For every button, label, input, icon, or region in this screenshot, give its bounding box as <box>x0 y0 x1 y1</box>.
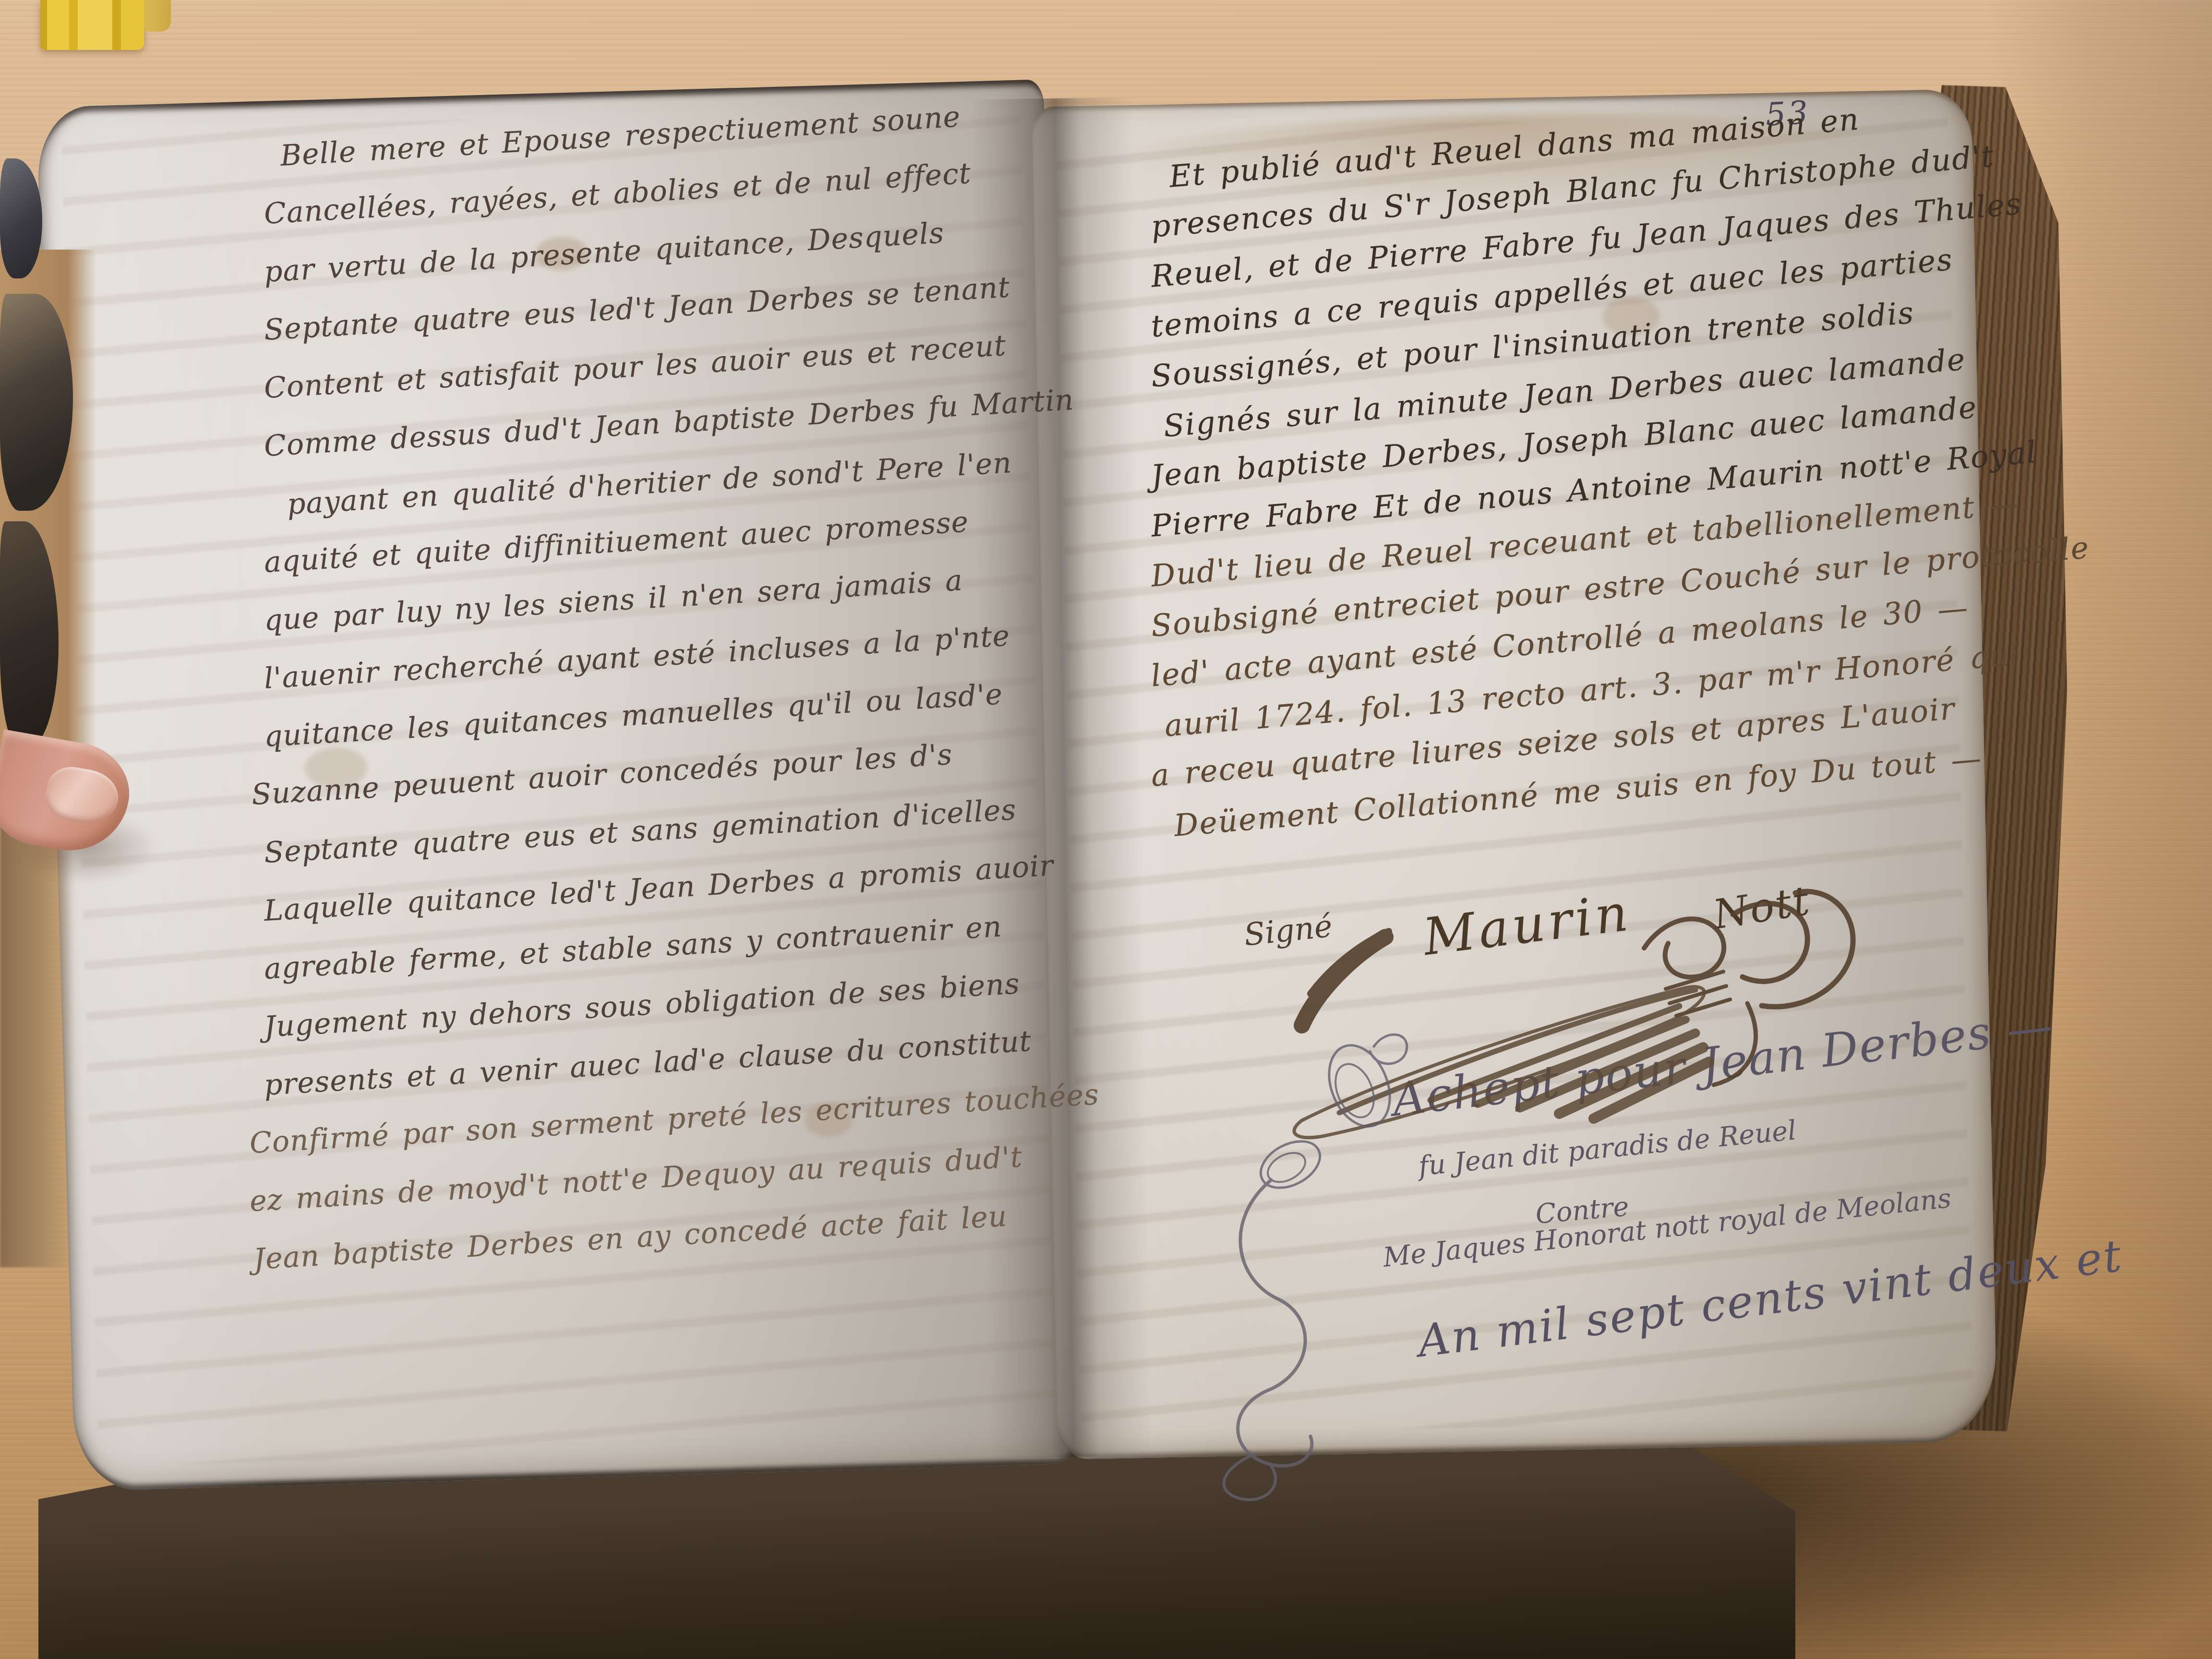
photo-scene: 53 Belle mere et Epouse respectiuement s… <box>0 0 2212 1659</box>
yellow-object <box>40 0 144 50</box>
left-page-text: Belle mere et Epouse respectiuement soun… <box>263 139 1041 1301</box>
book-spine-edge <box>0 826 77 1267</box>
yellow-object-edge <box>144 0 171 32</box>
thumbnail <box>42 763 122 829</box>
right-page-text: Et publié aud't Reuel dans ma maison en … <box>1150 159 1942 858</box>
